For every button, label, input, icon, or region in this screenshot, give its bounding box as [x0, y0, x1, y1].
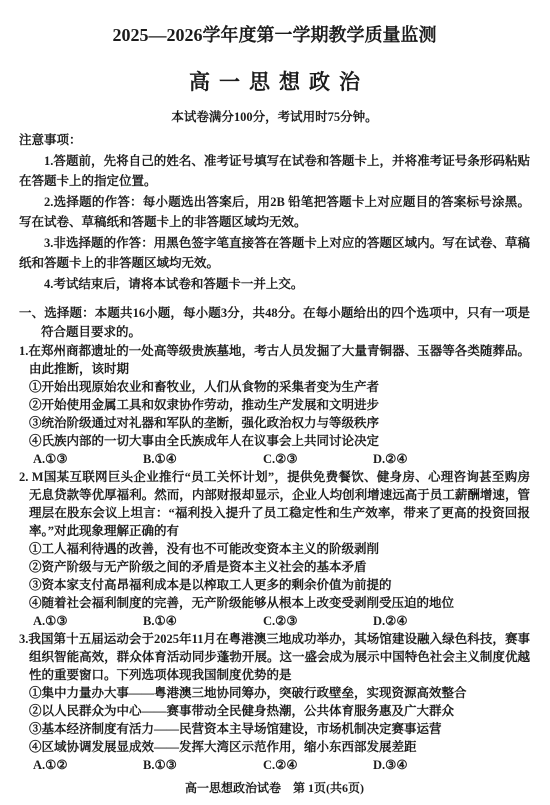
question-1-stem: 1.在郑州商都遗址的一处高等级贵族墓地，考古人员发掘了大量青铜器、玉器等各类随葬…	[19, 342, 530, 378]
question-3-stem: 3.我国第十五届运动会于2025年11月在粤港澳三地成功举办，其场馆建设融入绿色…	[19, 630, 530, 684]
question-3-choices: A.①② B.①③ C.②④ D.③④	[19, 756, 530, 774]
question-2-suboption-2: ②资产阶级与无产阶级之间的矛盾是资本主义社会的基本矛盾	[19, 558, 530, 576]
question-1-choice-a: A.①③	[33, 450, 143, 468]
question-2-choice-b: B.①④	[143, 612, 263, 630]
exam-subject-title: 高一思想政治	[19, 68, 530, 96]
question-2-number: 2.	[19, 470, 28, 484]
question-1-suboption-1: ①开始出现原始农业和畜牧业，人们从食物的采集者变为生产者	[19, 378, 530, 396]
question-2-suboption-4: ④随着社会福利制度的完善，无产阶级能够从根本上改变受剥削受压迫的地位	[19, 594, 530, 612]
question-1-suboption-3: ③统治阶级通过对礼器和军队的垄断，强化政治权力与等级秩序	[19, 414, 530, 432]
question-2-text: M国某互联网巨头企业推行“员工关怀计划”，提供免费餐饮、健身房、心理咨询甚至购房…	[28, 470, 530, 538]
question-3-suboption-2: ②以人民群众为中心——赛事带动全民健身热潮，公共体育服务惠及广大群众	[19, 702, 530, 720]
exam-title: 2025—2026学年度第一学期教学质量监测	[19, 22, 530, 48]
question-3-choice-a: A.①②	[33, 756, 143, 774]
question-1-choice-c: C.②③	[263, 450, 373, 468]
question-3: 3.我国第十五届运动会于2025年11月在粤港澳三地成功举办，其场馆建设融入绿色…	[19, 630, 530, 774]
notice-item-4: 4.考试结束后，请将本试卷和答题卡一并上交。	[19, 274, 530, 295]
question-1-suboption-2: ②开始使用金属工具和奴隶协作劳动，推动生产发展和文明进步	[19, 396, 530, 414]
question-3-choice-b: B.①③	[143, 756, 263, 774]
question-2-stem: 2. M国某互联网巨头企业推行“员工关怀计划”，提供免费餐饮、健身房、心理咨询甚…	[19, 468, 530, 540]
question-1-number: 1.	[19, 344, 28, 358]
question-3-suboption-3: ③基本经济制度有活力——民营资本主导场馆建设，市场机制决定赛事运营	[19, 720, 530, 738]
notice-item-2: 2.选择题的作答：每小题选出答案后，用2B 铅笔把答题卡上对应题目的答案标号涂黑…	[19, 192, 530, 233]
notice-section: 注意事项： 1.答题前，先将自己的姓名、准考证号填写在试卷和答题卡上，并将准考证…	[19, 130, 530, 294]
notice-item-3: 3.非选择题的作答：用黑色签字笔直接答在答题卡上对应的答题区域内。写在试卷、草稿…	[19, 233, 530, 274]
question-1-choices: A.①③ B.①④ C.②③ D.②④	[19, 450, 530, 468]
question-1-choice-d: D.②④	[373, 450, 530, 468]
question-2-suboption-3: ③资本家支付高昂福利成本是以榨取工人更多的剩余价值为前提的	[19, 576, 530, 594]
exam-page: 2025—2026学年度第一学期教学质量监测 高一思想政治 本试卷满分100分，…	[0, 0, 550, 805]
question-1: 1.在郑州商都遗址的一处高等级贵族墓地，考古人员发掘了大量青铜器、玉器等各类随葬…	[19, 342, 530, 468]
question-2-choice-c: C.②③	[263, 612, 373, 630]
notice-label: 注意事项：	[19, 130, 530, 151]
page-footer: 高一思想政治试卷 第 1页(共6页)	[19, 780, 530, 796]
exam-info-line: 本试卷满分100分，考试用时75分钟。	[19, 108, 530, 126]
question-3-suboption-1: ①集中力量办大事——粤港澳三地协同筹办，突破行政壁垒，实现资源高效整合	[19, 684, 530, 702]
question-1-suboption-4: ④氏族内部的一切大事由全氏族成年人在议事会上共同讨论决定	[19, 432, 530, 450]
question-2-choices: A.①③ B.①④ C.②③ D.②④	[19, 612, 530, 630]
question-2: 2. M国某互联网巨头企业推行“员工关怀计划”，提供免费餐饮、健身房、心理咨询甚…	[19, 468, 530, 630]
question-3-text: 我国第十五届运动会于2025年11月在粤港澳三地成功举办，其场馆建设融入绿色科技…	[28, 632, 530, 682]
question-3-suboption-4: ④区域协调发展显成效——发挥大湾区示范作用，缩小东西部发展差距	[19, 738, 530, 756]
question-3-choice-c: C.②④	[263, 756, 373, 774]
question-2-choice-a: A.①③	[33, 612, 143, 630]
question-1-choice-b: B.①④	[143, 450, 263, 468]
question-2-suboption-1: ①工人福利待遇的改善，没有也不可能改变资本主义的阶级剥削	[19, 540, 530, 558]
question-3-number: 3.	[19, 632, 28, 646]
question-3-choice-d: D.③④	[373, 756, 530, 774]
notice-item-1: 1.答题前，先将自己的姓名、准考证号填写在试卷和答题卡上，并将准考证号条形码粘贴…	[19, 151, 530, 192]
section-heading-multiple-choice: 一、选择题：本题共16小题，每小题3分，共48分。在每小题给出的四个选项中，只有…	[19, 304, 530, 342]
question-2-choice-d: D.②④	[373, 612, 530, 630]
question-1-text: 在郑州商都遗址的一处高等级贵族墓地，考古人员发掘了大量青铜器、玉器等各类随葬品。…	[28, 344, 530, 376]
